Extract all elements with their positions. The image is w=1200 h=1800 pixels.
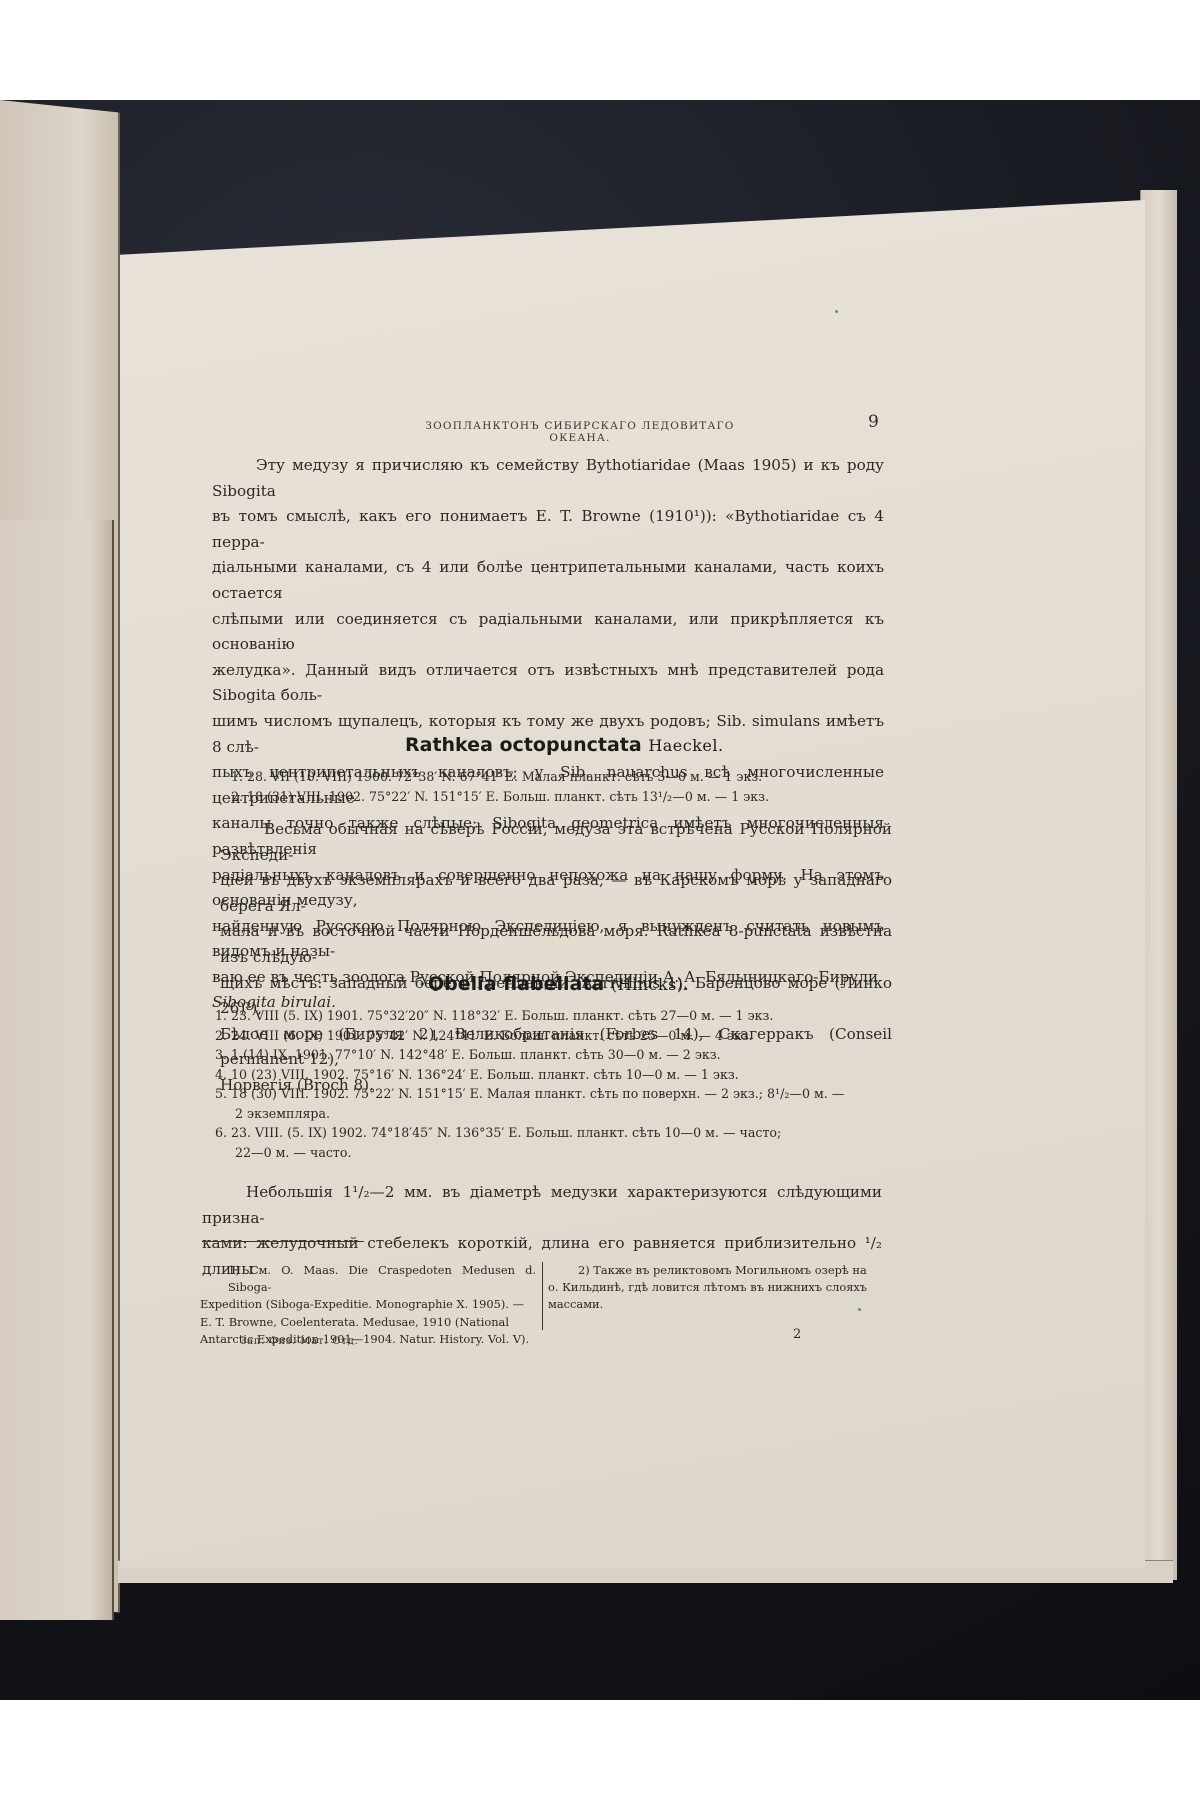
record-item: 3. 1 (14) IX. 1901. 77°10′ N. 142°48′ E.… bbox=[215, 1045, 844, 1065]
species-title: Obelia flabellata bbox=[428, 973, 604, 995]
footnote-line: о. Кильдинѣ, гдѣ ловится лѣтомъ въ нижни… bbox=[548, 1279, 893, 1296]
species-author: Haeckel. bbox=[648, 736, 723, 755]
record-item: 4. 10 (23) VIII. 1902. 75°16′ N. 136°24′… bbox=[215, 1065, 844, 1085]
footnote-line: массами. bbox=[548, 1296, 893, 1313]
footnote-line: 1) См. O. Maas. Die Craspedoten Medusen … bbox=[200, 1262, 536, 1296]
record-item: 2. 18 (31) VIII. 1902. 75°22′ N. 151°15′… bbox=[231, 787, 769, 807]
left-page bbox=[0, 520, 114, 1620]
record-item-continuation: 22—0 м. — часто. bbox=[215, 1143, 844, 1163]
page-stack-right-edge bbox=[1140, 190, 1177, 1580]
collection-records: 1. 28. VII (10. VIII) 1900. 72°38′ N. 67… bbox=[231, 767, 769, 806]
species-author: (Hincks). bbox=[611, 975, 689, 994]
record-item: 1. 28. VII (10. VIII) 1900. 72°38′ N. 67… bbox=[231, 767, 769, 787]
signature-mark: Зап. Физ.-Мат. Отд. bbox=[240, 1336, 359, 1347]
text-line: ціей въ двухъ экземплярахъ и всего два р… bbox=[220, 868, 892, 919]
text-line: Весьма обычная на сѣверѣ Россіи, медуза … bbox=[220, 817, 892, 868]
record-item: 6. 23. VIII. (5. IX) 1902. 74°18′45″ N. … bbox=[215, 1123, 844, 1143]
sheet-number: 2 bbox=[793, 1327, 801, 1342]
species-title: Rathkea octopunctata bbox=[405, 734, 642, 756]
text-line: мала и въ восточной части Норденшёльдова… bbox=[220, 919, 892, 970]
footnote-line: E. T. Browne, Coelenterata. Medusae, 191… bbox=[200, 1314, 536, 1331]
record-item: 5. 18 (30) VIII. 1902. 75°22′ N. 151°15′… bbox=[215, 1084, 844, 1104]
text-line: діальными каналами, съ 4 или болѣе центр… bbox=[212, 555, 884, 606]
collection-records: 1. 23. VIII (5. IX) 1901. 75°32′20″ N. 1… bbox=[215, 1006, 844, 1162]
record-item-continuation: 2 экземпляра. bbox=[215, 1104, 844, 1124]
paper-speck bbox=[835, 310, 838, 313]
text-line: Небольшія 1¹/₂—2 мм. въ діаметрѣ медузки… bbox=[202, 1180, 882, 1231]
footnote-line: 2) Также въ реликтовомъ Могильномъ озерѣ… bbox=[548, 1262, 893, 1279]
section-heading-rathkea: Rathkea octopunctata Haeckel. bbox=[405, 734, 724, 756]
footnote-2: 2) Также въ реликтовомъ Могильномъ озерѣ… bbox=[548, 1262, 893, 1314]
text-line: въ томъ смыслѣ, какъ его понимаетъ E. T.… bbox=[212, 504, 884, 555]
running-head: ЗООПЛАНКТОНЪ СИБИРСКАГО ЛЕДОВИТАГО ОКЕАН… bbox=[415, 420, 745, 444]
page-number: 9 bbox=[868, 412, 879, 432]
text-line: желудка». Данный видъ отличается отъ изв… bbox=[212, 658, 884, 709]
record-item: 2. 24. VIII (6. IX) 1901. 75°42′ N. 124°… bbox=[215, 1026, 844, 1046]
section-heading-obelia: Obelia flabellata (Hincks). bbox=[428, 973, 689, 995]
text-line: слѣпыми или соединяется съ радіальными к… bbox=[212, 607, 884, 658]
footnote-rule bbox=[202, 1241, 364, 1242]
record-item: 1. 23. VIII (5. IX) 1901. 75°32′20″ N. 1… bbox=[215, 1006, 844, 1026]
footnote-column-divider bbox=[542, 1262, 543, 1330]
text-line: Эту медузу я причисляю къ семейству Byth… bbox=[212, 453, 884, 504]
footnote-line: Expedition (Siboga-Expeditie. Monographi… bbox=[200, 1296, 536, 1313]
